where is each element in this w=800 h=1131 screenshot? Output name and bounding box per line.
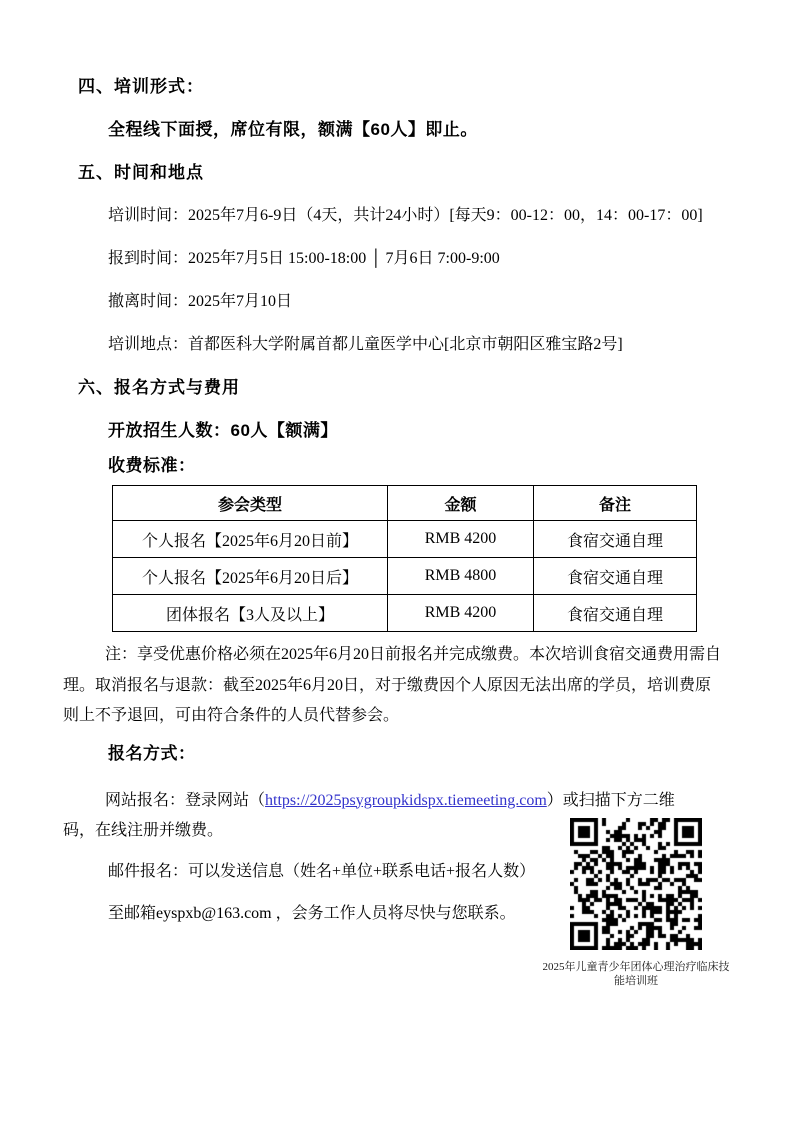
- document-page: 四、培训形式： 全程线下面授，席位有限，额满【60人】即止。 五、时间和地点 培…: [0, 0, 800, 1131]
- qr-code-caption: 2025年儿童青少年团体心理治疗临床技能培训班: [538, 960, 734, 988]
- website-line-suffix: ）或扫描下方二维: [547, 792, 675, 809]
- register-method-label: 报名方式：: [108, 744, 740, 764]
- departure-time-line: 撤离时间：2025年7月10日: [108, 292, 740, 312]
- website-line-prefix: 网站报名：登录网站（: [105, 792, 265, 809]
- fee-table-cell: 个人报名【2025年6月20日前】: [113, 521, 388, 558]
- heading-training-format: 四、培训形式：: [78, 77, 740, 97]
- fee-table-cell: 食宿交通自理: [534, 521, 697, 558]
- training-location-line: 培训地点：首都医科大学附属首都儿童医学中心[北京市朝阳区雅宝路2号]: [108, 335, 740, 355]
- fee-table-row: 个人报名【2025年6月20日后】RMB 4800食宿交通自理: [113, 558, 697, 595]
- website-registration-line: 网站报名：登录网站（https://2025psygroupkidspx.tie…: [63, 786, 740, 816]
- fee-note-line: 理。取消报名与退款：截至2025年6月20日，对于缴费因个人原因无法出席的学员，…: [63, 671, 740, 702]
- enrollment-line: 开放招生人数：60人【额满】: [108, 421, 740, 441]
- training-time-line: 培训时间：2025年7月6-9日（4天，共计24小时）[每天9：00-12：00…: [108, 206, 740, 226]
- registration-link[interactable]: https://2025psygroupkidspx.tiemeeting.co…: [265, 792, 547, 809]
- fee-table-header-remark: 备注: [534, 486, 697, 521]
- fee-table-cell: 团体报名【3人及以上】: [113, 595, 388, 632]
- fee-table-header-amount: 金额: [388, 486, 534, 521]
- fee-table-cell: RMB 4200: [388, 595, 534, 632]
- fee-table: 参会类型 金额 备注 个人报名【2025年6月20日前】RMB 4200食宿交通…: [112, 485, 697, 632]
- fee-table-cell: 食宿交通自理: [534, 558, 697, 595]
- fee-table-cell: RMB 4800: [388, 558, 534, 595]
- checkin-time-line: 报到时间：2025年7月5日 15:00-18:00 │ 7月6日 7:00-9…: [108, 249, 740, 269]
- fee-table-header-row: 参会类型 金额 备注: [113, 486, 697, 521]
- fee-table-row: 团体报名【3人及以上】RMB 4200食宿交通自理: [113, 595, 697, 632]
- heading-time-place: 五、时间和地点: [78, 163, 740, 183]
- fee-table-cell: 个人报名【2025年6月20日后】: [113, 558, 388, 595]
- fee-table-body: 个人报名【2025年6月20日前】RMB 4200食宿交通自理个人报名【2025…: [113, 521, 697, 632]
- fee-table-header-type: 参会类型: [113, 486, 388, 521]
- fee-standard-label: 收费标准：: [108, 456, 740, 476]
- fee-note-paragraph: 注：享受优惠价格必须在2025年6月20日前报名并完成缴费。本次培训食宿交通费用…: [63, 640, 740, 732]
- document-content: 四、培训形式： 全程线下面授，席位有限，额满【60人】即止。 五、时间和地点 培…: [0, 0, 800, 924]
- fee-note-line: 则上不予退回，可由符合条件的人员代替参会。: [63, 701, 740, 732]
- training-format-body: 全程线下面授，席位有限，额满【60人】即止。: [108, 120, 740, 140]
- fee-table-row: 个人报名【2025年6月20日前】RMB 4200食宿交通自理: [113, 521, 697, 558]
- fee-table-head: 参会类型 金额 备注: [113, 486, 697, 521]
- fee-table-cell: RMB 4200: [388, 521, 534, 558]
- registration-qr-code: [570, 818, 702, 950]
- heading-registration-fee: 六、报名方式与费用: [78, 378, 740, 398]
- fee-note-line: 注：享受优惠价格必须在2025年6月20日前报名并完成缴费。本次培训食宿交通费用…: [63, 640, 740, 671]
- fee-table-cell: 食宿交通自理: [534, 595, 697, 632]
